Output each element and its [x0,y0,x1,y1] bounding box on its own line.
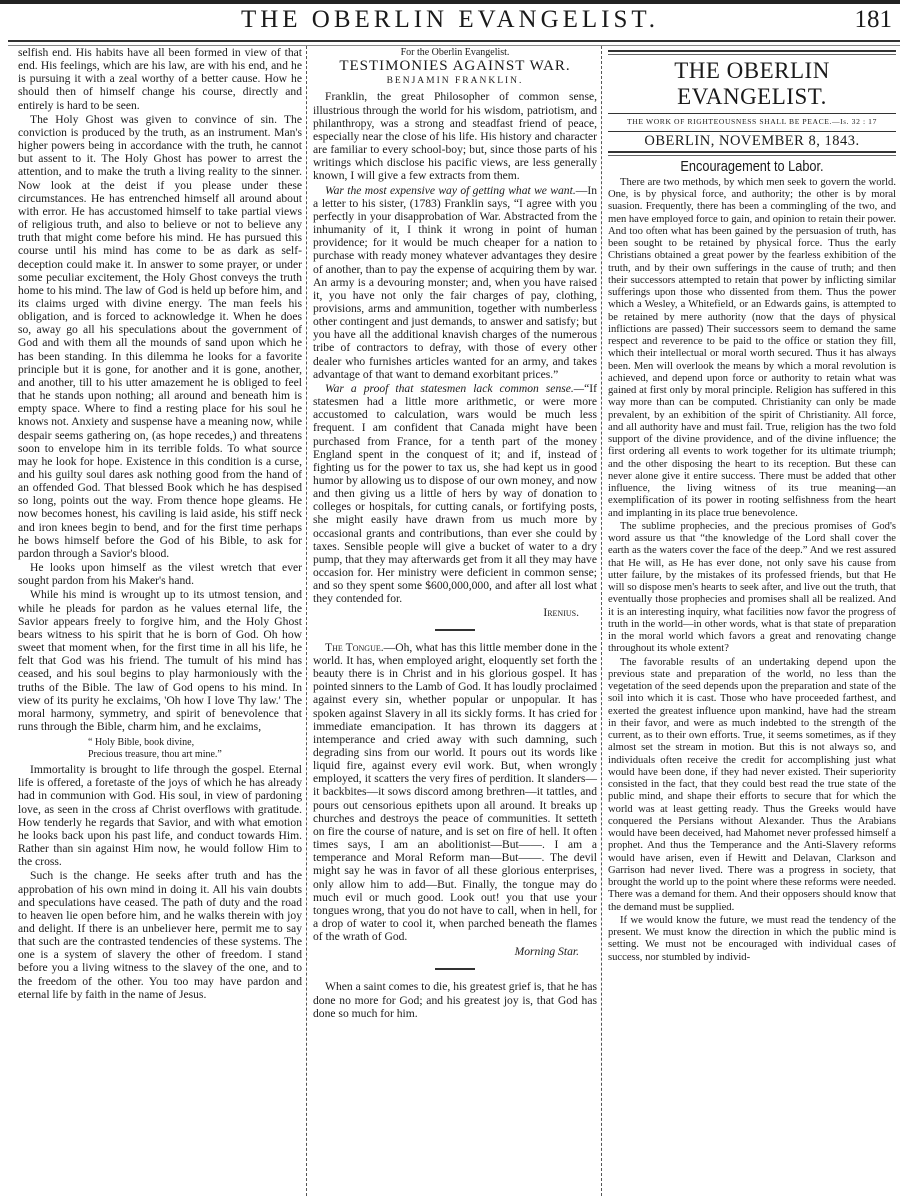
dateline: OBERLIN, NOVEMBER 8, 1843. [608,135,896,147]
section-heading: War the most expensive way of getting wh… [325,184,576,197]
separator-rule [435,629,475,631]
column-3: THE OBERLIN EVANGELIST. THE WORK OF RIGH… [608,46,896,964]
paragraph: When a saint comes to die, his greatest … [313,980,597,1019]
page-header: THE OBERLIN EVANGELIST. 181 [0,4,900,38]
poem-line: Precious treasure, thou art mine.” [88,749,302,761]
paragraph: The Holy Ghost was given to convince of … [18,113,302,560]
paragraph: He looks upon himself as the vilest wret… [18,561,302,587]
article-author: BENJAMIN FRANKLIN. [313,75,597,88]
separator-rule [435,968,475,970]
paragraph-text: —Oh, what has this little member done in… [313,641,597,943]
masthead-title: THE OBERLIN EVANGELIST. [608,58,896,110]
newspaper-title: THE OBERLIN EVANGELIST. [0,6,900,34]
column-divider-2 [601,46,603,1196]
paragraph: War a proof that statesmen lack common s… [313,382,597,606]
paragraph: selfish end. His habits have all been fo… [18,46,302,112]
masthead-motto: THE WORK OF RIGHTEOUSNESS SHALL BE PEACE… [608,116,896,128]
paragraph: The Tongue.—Oh, what has this little mem… [313,641,597,944]
masthead-rule [608,131,896,132]
section-text: “If statesmen had a little more arithmet… [313,382,597,606]
masthead-rule [608,151,896,156]
paragraph: The favorable results of an undertaking … [608,657,896,914]
paragraph: Immortality is brought to life through t… [18,763,302,868]
article-title: TESTIMONIES AGAINST WAR. [313,60,597,73]
masthead-rule [608,113,896,114]
editorial-title: Encouragement to Labor. [630,161,875,173]
column-1: selfish end. His habits have all been fo… [18,46,302,1001]
column-2: For the Oberlin Evangelist. TESTIMONIES … [313,46,597,1020]
section-text: —In a letter to his sister, (1783) Frank… [313,184,597,381]
section-heading: War a proof that statesmen lack common s… [325,382,584,395]
source-attribution: Morning Star. [313,945,597,958]
article-signature: Irenius. [313,606,597,619]
page-number: 181 [855,6,893,34]
paragraph: The sublime prophecies, and the precious… [608,521,896,656]
masthead-rule [608,50,896,55]
paragraph: While his mind is wrought up to its utmo… [18,588,302,733]
paragraph: War the most expensive way of getting wh… [313,184,597,381]
lead-in: The Tongue. [325,641,384,654]
paragraph: Franklin, the great Philosopher of commo… [313,90,597,182]
paragraph: Such is the change. He seeks after truth… [18,869,302,1001]
paragraph: If we would know the future, we must rea… [608,915,896,964]
poem-quote: “ Holy Bible, book divine, Precious trea… [88,737,302,761]
paragraph: There are two methods, by which men seek… [608,177,896,520]
poem-line: “ Holy Bible, book divine, [88,737,302,749]
column-divider-1 [306,46,308,1196]
